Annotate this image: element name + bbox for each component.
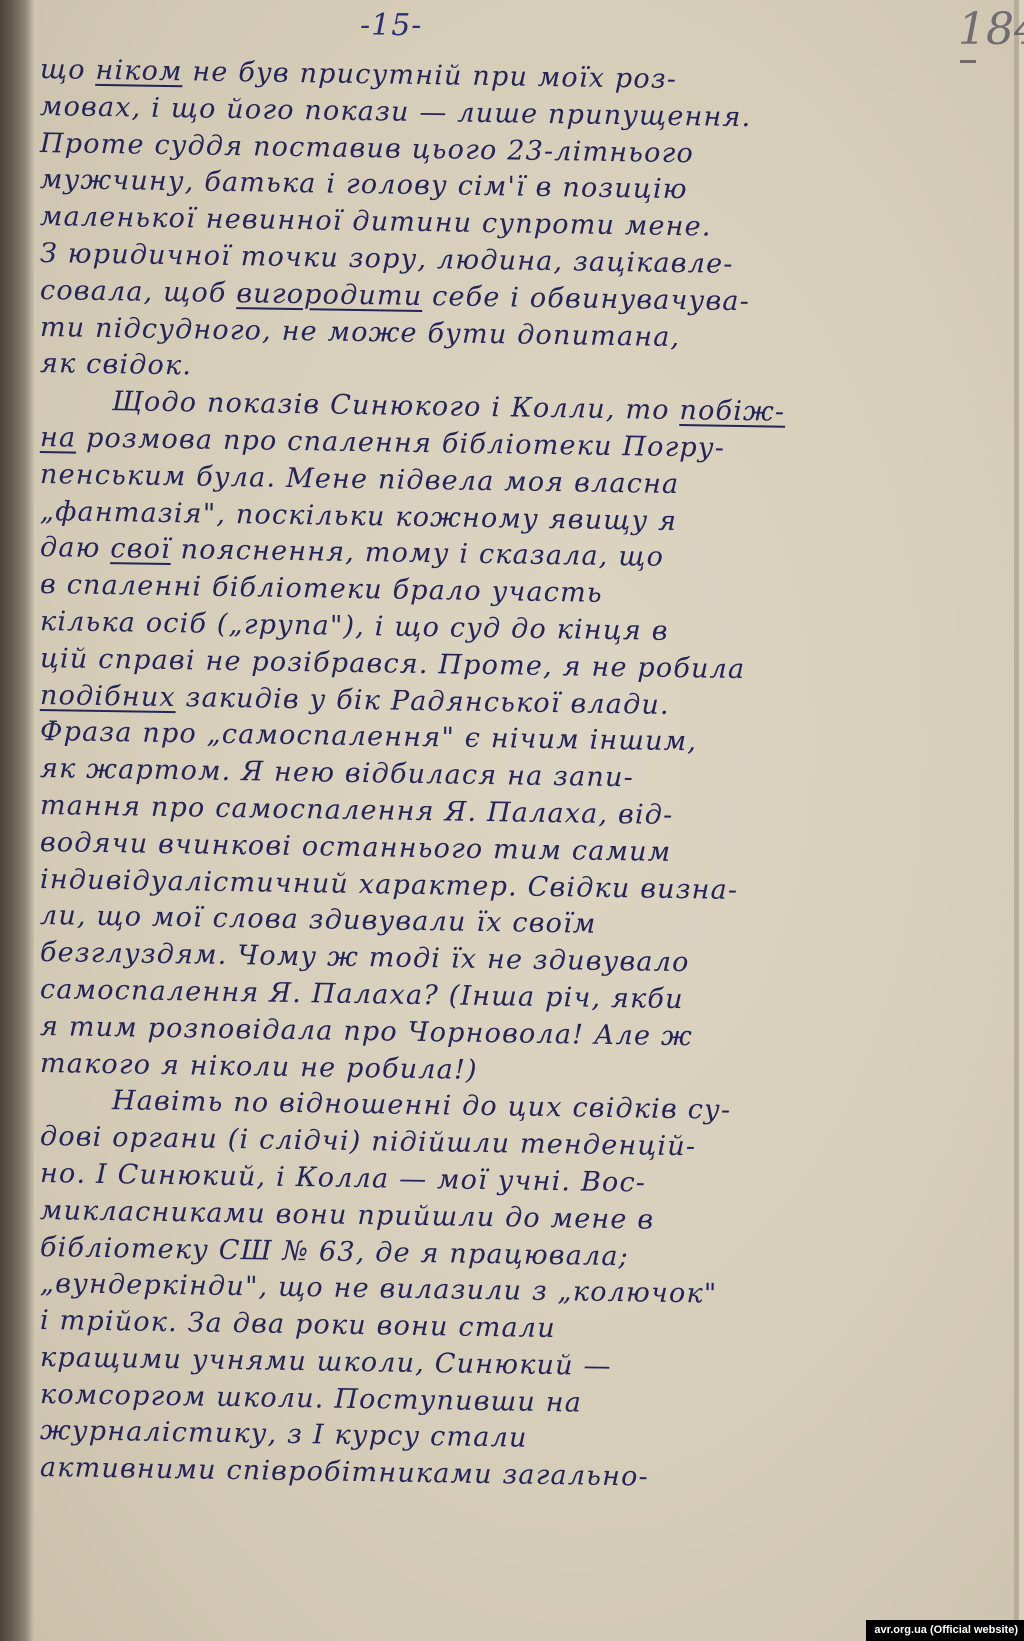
line-text: но. І Синюкий, і Колла — мої учні. Вос- [40, 1158, 647, 1199]
line-text: як жартом. Я нею відбилася на запи- [40, 753, 634, 793]
line-text: Навіть по відношенні до цих свідків су- [112, 1085, 732, 1126]
line-text: що [40, 54, 96, 86]
line-text: себе і обвинувачува- [422, 281, 750, 317]
book-binding-shadow [0, 0, 34, 1641]
underlined-word: побіж- [679, 395, 785, 428]
line-text: даю [40, 532, 111, 564]
archive-folio-number: 184 [958, 4, 1024, 55]
line-text: кілька осіб („група"), і що суд до кінця… [40, 606, 669, 647]
underlined-word: свої [110, 533, 171, 565]
line-text: кращими учнями школи, Синюкий — [40, 1342, 612, 1382]
underlined-word: на [40, 422, 77, 454]
line-text: ти підсудного, не може бути допитана, [40, 312, 681, 353]
line-text: Фраза про „самоспалення" є нічим іншим, [40, 716, 698, 757]
line-text: розмова про спалення бібліотеки Погру- [76, 423, 725, 464]
line-text: самоспалення Я. Палаха? (Інша річ, якби [40, 974, 684, 1015]
handwritten-text-body: що ніком не був присутній при моїх роз-м… [40, 52, 1002, 1487]
archive-folio-number-text: 184 [958, 4, 1024, 55]
underlined-word: вигородити [236, 278, 423, 312]
line-text: совала, щоб [40, 275, 237, 309]
line-text: журналістику, з I курсу стали [40, 1415, 528, 1454]
line-text: закидів у бік Радянської влади. [176, 682, 670, 721]
line-text: ли, що мої слова здивували їх своїм [40, 900, 597, 940]
line-text: пояснення, тому і сказала, що [171, 534, 665, 573]
page-edge [1014, 0, 1019, 1641]
underlined-word: подібних [40, 680, 176, 713]
page-number: -15- [360, 8, 422, 43]
line-text: тання про самоспалення Я. Палаха, від- [40, 790, 674, 831]
line-text: в спаленні бібліотеки брало участь [40, 569, 603, 609]
line-text: микласниками вони прийшли до мене в [40, 1195, 655, 1236]
line-text: не був присутній при моїх роз- [182, 56, 677, 95]
line-text: як свідок. [40, 348, 193, 381]
line-text: безглуздям. Чому ж тоді їх не здивувало [40, 937, 690, 978]
line-text: комсоргом школи. Поступивши на [40, 1379, 583, 1419]
line-text: я тим розповідала про Чорновола! Але ж [40, 1011, 693, 1052]
underlined-word: ніком [95, 55, 183, 87]
line-text: і трійок. За два роки вони стали [40, 1305, 556, 1344]
line-text: активними співробітниками загально- [40, 1452, 649, 1493]
source-watermark: avr.org.ua (Official website) [866, 1620, 1024, 1641]
line-text: водячи вчинкові останнього тим самим [40, 827, 672, 868]
line-text: З юридичної точки зору, людина, зацікавл… [40, 238, 734, 280]
line-text: „фантазія", поскільки кожному явищу я [40, 496, 678, 537]
line-text: бібліотеку СШ № 63, де я працювала; [40, 1232, 629, 1272]
line-text: такого я ніколи не робила!) [40, 1048, 478, 1086]
line-text: Щодо показів Синюкого і Колли, то [112, 386, 680, 426]
line-text: пенським була. Мене підвела моя власна [40, 459, 680, 500]
line-text: маленької невинної дитини супроти мене. [40, 201, 712, 243]
line-text: мужчину, батька і голову сім'ї в позицію [40, 164, 688, 205]
line-text: дові органи (і слідчі) підійшли тенденці… [40, 1121, 697, 1162]
